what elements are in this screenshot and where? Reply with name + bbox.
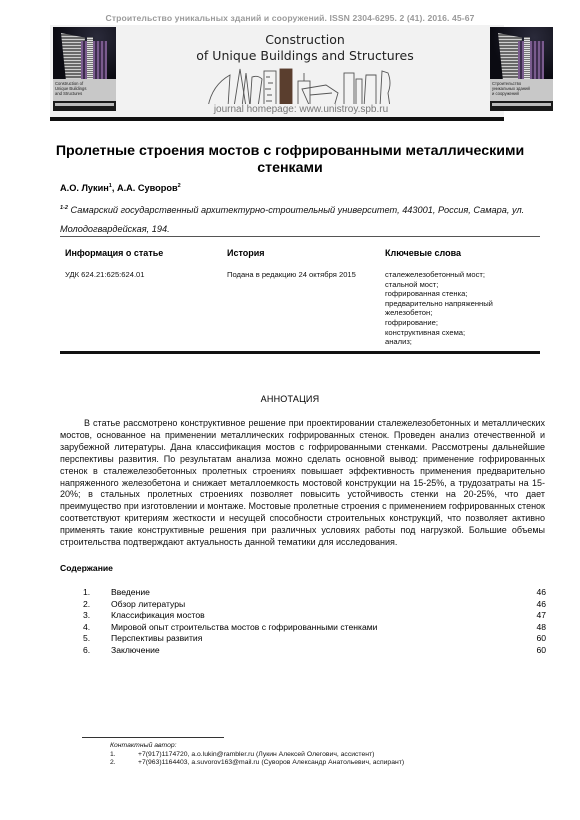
toc-page: 60	[536, 645, 546, 657]
keyword: сталежелезобетонный мост;	[385, 270, 545, 280]
cover-building-image	[518, 41, 544, 79]
toc-number: 4.	[83, 622, 90, 634]
contact-item: 1. +7(917)1174720, a.o.lukin@rambler.ru …	[110, 751, 550, 760]
toc-number: 1.	[83, 587, 90, 599]
toc-label: Классификация мостов	[111, 610, 205, 622]
toc-label: Введение	[111, 587, 150, 599]
info-heading: Ключевые слова	[385, 248, 545, 270]
author-name: А.О. Лукин	[60, 183, 109, 193]
info-column-history: История Подана в редакцию 24 октября 201…	[227, 248, 387, 280]
author-name: А.А. Суворов	[117, 183, 178, 193]
contact-label: Контактный автор:	[110, 742, 550, 751]
footnote-divider	[82, 737, 224, 738]
journal-title-line: Construction	[130, 32, 480, 48]
toc-item[interactable]: 5. Перспективы развития 60	[83, 633, 546, 645]
affiliation-sup: 1-2	[60, 205, 68, 211]
keyword: стальной мост;	[385, 280, 545, 290]
journal-title-line: of Unique Buildings and Structures	[130, 48, 480, 64]
info-table-rule	[60, 351, 540, 354]
abstract-heading: АННОТАЦИЯ	[0, 394, 580, 404]
info-heading: Информация о статье	[65, 248, 225, 270]
article-title: Пролетные строения мостов с гофрированны…	[40, 143, 540, 177]
cover-footer-strip	[490, 101, 553, 111]
cover-caption: Строительство уникальных зданий и сооруж…	[490, 79, 553, 101]
header-rule	[50, 117, 504, 121]
keyword: предварительно напряженный железобетон;	[385, 299, 525, 318]
toc-label: Мировой опыт строительства мостов с гофр…	[111, 622, 377, 634]
journal-title: Construction of Unique Buildings and Str…	[130, 32, 480, 64]
keyword: гофрирование;	[385, 318, 545, 328]
udc-code: УДК 624.21:625:624.01	[65, 270, 225, 280]
left-journal-cover: Construction of Unique Buildings and Str…	[53, 27, 116, 111]
cover-caption-line: и сооружений	[492, 91, 551, 96]
toc-item[interactable]: 1. Введение 46	[83, 587, 546, 599]
toc-page: 48	[536, 622, 546, 634]
contact-item: 2. +7(963)1164403, a.suvorov163@mail.ru …	[110, 759, 550, 768]
contact-text[interactable]: +7(917)1174720, a.o.lukin@rambler.ru (Лу…	[138, 751, 374, 760]
cover-caption-line: and Structures	[55, 91, 114, 96]
right-journal-cover: Строительство уникальных зданий и сооруж…	[490, 27, 553, 111]
abstract-text: В статье рассмотрено конструктивное реше…	[60, 418, 545, 549]
skyline-logo-icon	[206, 63, 396, 109]
contact-text[interactable]: +7(963)1164403, a.suvorov163@mail.ru (Су…	[138, 759, 404, 768]
journal-homepage-link[interactable]: journal homepage: www.unistroy.spb.ru	[206, 104, 396, 116]
toc-number: 3.	[83, 610, 90, 622]
toc-item[interactable]: 6. Заключение 60	[83, 645, 546, 657]
cover-building-image	[524, 37, 530, 79]
running-head: Строительство уникальных зданий и сооруж…	[0, 13, 580, 23]
info-column-article: Информация о статье УДК 624.21:625:624.0…	[65, 248, 225, 280]
toc-item[interactable]: 3. Классификация мостов 47	[83, 610, 546, 622]
table-of-contents: 1. Введение 46 2. Обзор литературы 46 3.…	[83, 587, 546, 656]
contact-number: 2.	[110, 759, 116, 768]
affiliation-text: Самарский государственный архитектурно-с…	[60, 205, 524, 234]
info-heading: История	[227, 248, 387, 270]
keyword: конструктивная схема;	[385, 328, 545, 338]
toc-label: Обзор литературы	[111, 599, 185, 611]
divider	[60, 236, 540, 237]
cover-building-image	[87, 37, 93, 79]
toc-item[interactable]: 2. Обзор литературы 46	[83, 599, 546, 611]
author-sup: 2	[178, 183, 181, 189]
toc-label: Перспективы развития	[111, 633, 202, 645]
toc-item[interactable]: 4. Мировой опыт строительства мостов с г…	[83, 622, 546, 634]
toc-page: 46	[536, 599, 546, 611]
toc-page: 46	[536, 587, 546, 599]
keyword: гофрированная стенка;	[385, 289, 545, 299]
authors: А.О. Лукин1, А.А. Суворов2	[60, 183, 181, 193]
footnote: Контактный автор: 1. +7(917)1174720, a.o…	[110, 742, 550, 768]
submission-date: Подана в редакцию 24 октября 2015	[227, 270, 387, 280]
toc-label: Заключение	[111, 645, 160, 657]
contact-number: 1.	[110, 751, 116, 760]
toc-page: 47	[536, 610, 546, 622]
toc-number: 2.	[83, 599, 90, 611]
cover-caption: Construction of Unique Buildings and Str…	[53, 79, 116, 101]
cover-footer-strip	[53, 101, 116, 111]
info-column-keywords: Ключевые слова сталежелезобетонный мост;…	[385, 248, 545, 347]
keyword: анализ;	[385, 337, 545, 347]
toc-number: 5.	[83, 633, 90, 645]
cover-building-image	[81, 41, 107, 79]
toc-heading: Содержание	[60, 563, 113, 573]
toc-page: 60	[536, 633, 546, 645]
toc-number: 6.	[83, 645, 90, 657]
affiliation: 1-2 Самарский государственный архитектур…	[60, 199, 545, 239]
